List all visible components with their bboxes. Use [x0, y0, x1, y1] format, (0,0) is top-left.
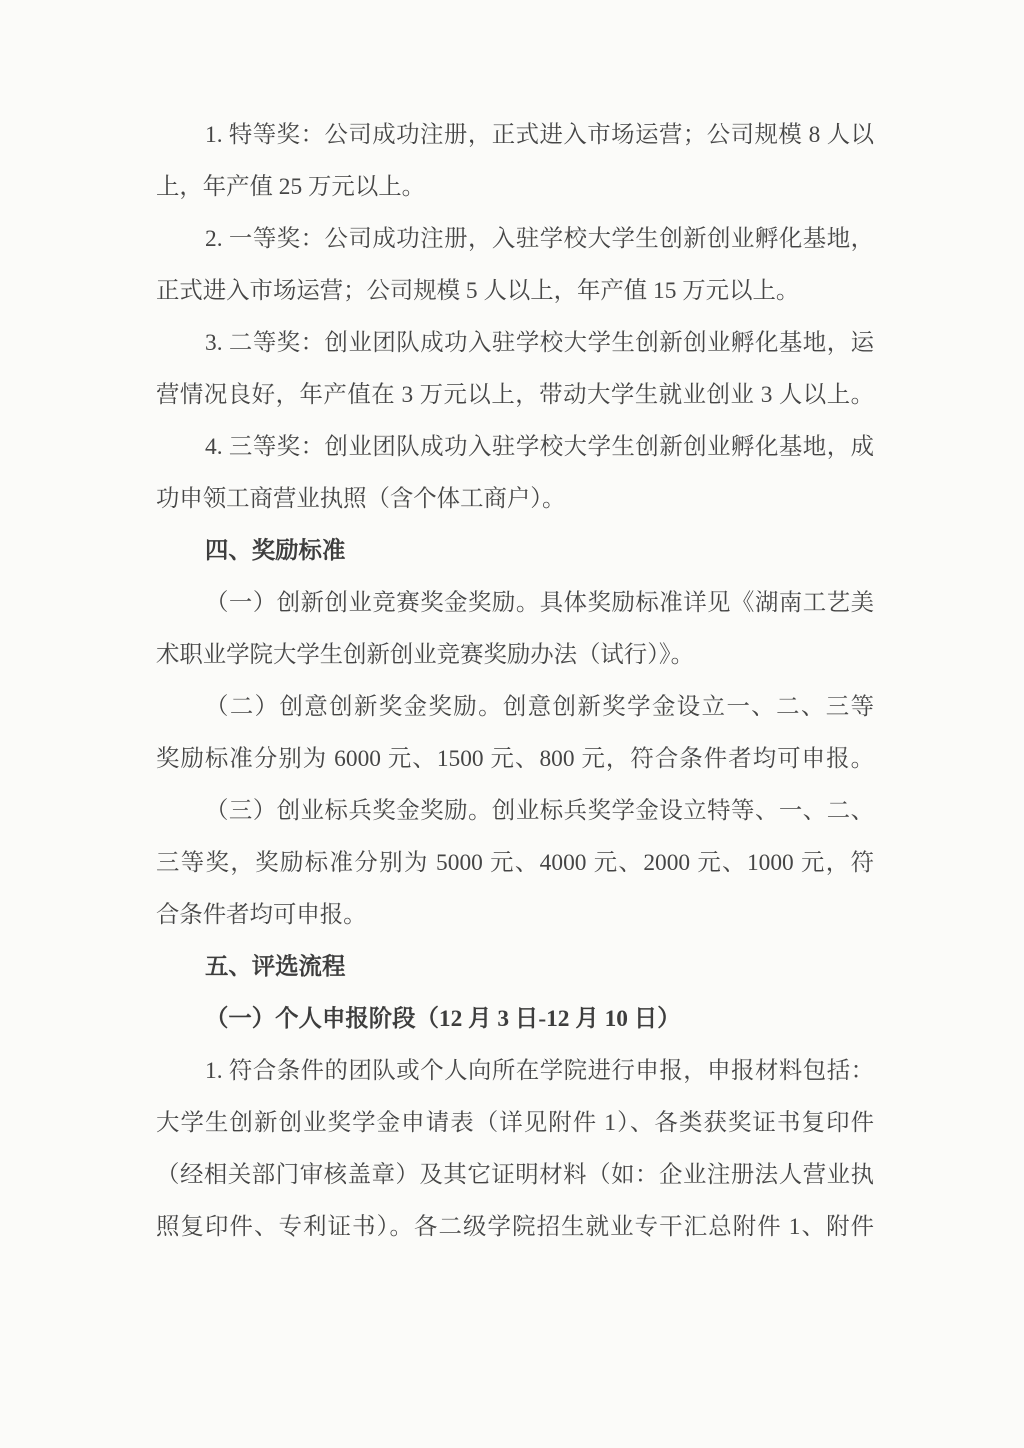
document-page: 1. 特等奖：公司成功注册，正式进入市场运营；公司规模 8 人以上，年产值 25… [0, 0, 1024, 1448]
heading-line: 四、奖励标准 [156, 525, 874, 577]
text-line: 1. 符合条件的团队或个人向所在学院进行申报，申报材料包括： [156, 1045, 874, 1097]
text-line: 术职业学院大学生创新创业竞赛奖励办法（试行）》。 [156, 629, 874, 681]
text-line: 三等奖，奖励标准分别为 5000 元、4000 元、2000 元、1000 元，… [156, 837, 874, 889]
text-line: 4. 三等奖：创业团队成功入驻学校大学生创新创业孵化基地，成 [156, 421, 874, 473]
text-line: 正式进入市场运营；公司规模 5 人以上，年产值 15 万元以上。 [156, 265, 874, 317]
text-line: （一）创新创业竞赛奖金奖励。具体奖励标准详见《湖南工艺美 [156, 577, 874, 629]
text-line: 大学生创新创业奖学金申请表（详见附件 1）、各类获奖证书复印件 [156, 1097, 874, 1149]
text-line: 3. 二等奖：创业团队成功入驻学校大学生创新创业孵化基地，运 [156, 317, 874, 369]
text-line: 营情况良好，年产值在 3 万元以上，带动大学生就业创业 3 人以上。 [156, 369, 874, 421]
text-line: 上，年产值 25 万元以上。 [156, 161, 874, 213]
text-line: 功申领工商营业执照（含个体工商户）。 [156, 473, 874, 525]
text-line: （经相关部门审核盖章）及其它证明材料（如：企业注册法人营业执 [156, 1149, 874, 1201]
text-line: （三）创业标兵奖金奖励。创业标兵奖学金设立特等、一、二、 [156, 785, 874, 837]
text-line: 奖励标准分别为 6000 元、1500 元、800 元，符合条件者均可申报。 [156, 733, 874, 785]
document-text-block: 1. 特等奖：公司成功注册，正式进入市场运营；公司规模 8 人以上，年产值 25… [156, 109, 874, 1253]
text-line: （二）创意创新奖金奖励。创意创新奖学金设立一、二、三等奖， [156, 681, 874, 733]
heading-line: （一）个人申报阶段（12 月 3 日-12 月 10 日） [156, 993, 874, 1045]
heading-line: 五、评选流程 [156, 941, 874, 993]
text-line: 合条件者均可申报。 [156, 889, 874, 941]
text-line: 1. 特等奖：公司成功注册，正式进入市场运营；公司规模 8 人以 [156, 109, 874, 161]
text-line: 2. 一等奖：公司成功注册，入驻学校大学生创新创业孵化基地， [156, 213, 874, 265]
text-line: 照复印件、专利证书）。各二级学院招生就业专干汇总附件 1、附件 [156, 1201, 874, 1253]
